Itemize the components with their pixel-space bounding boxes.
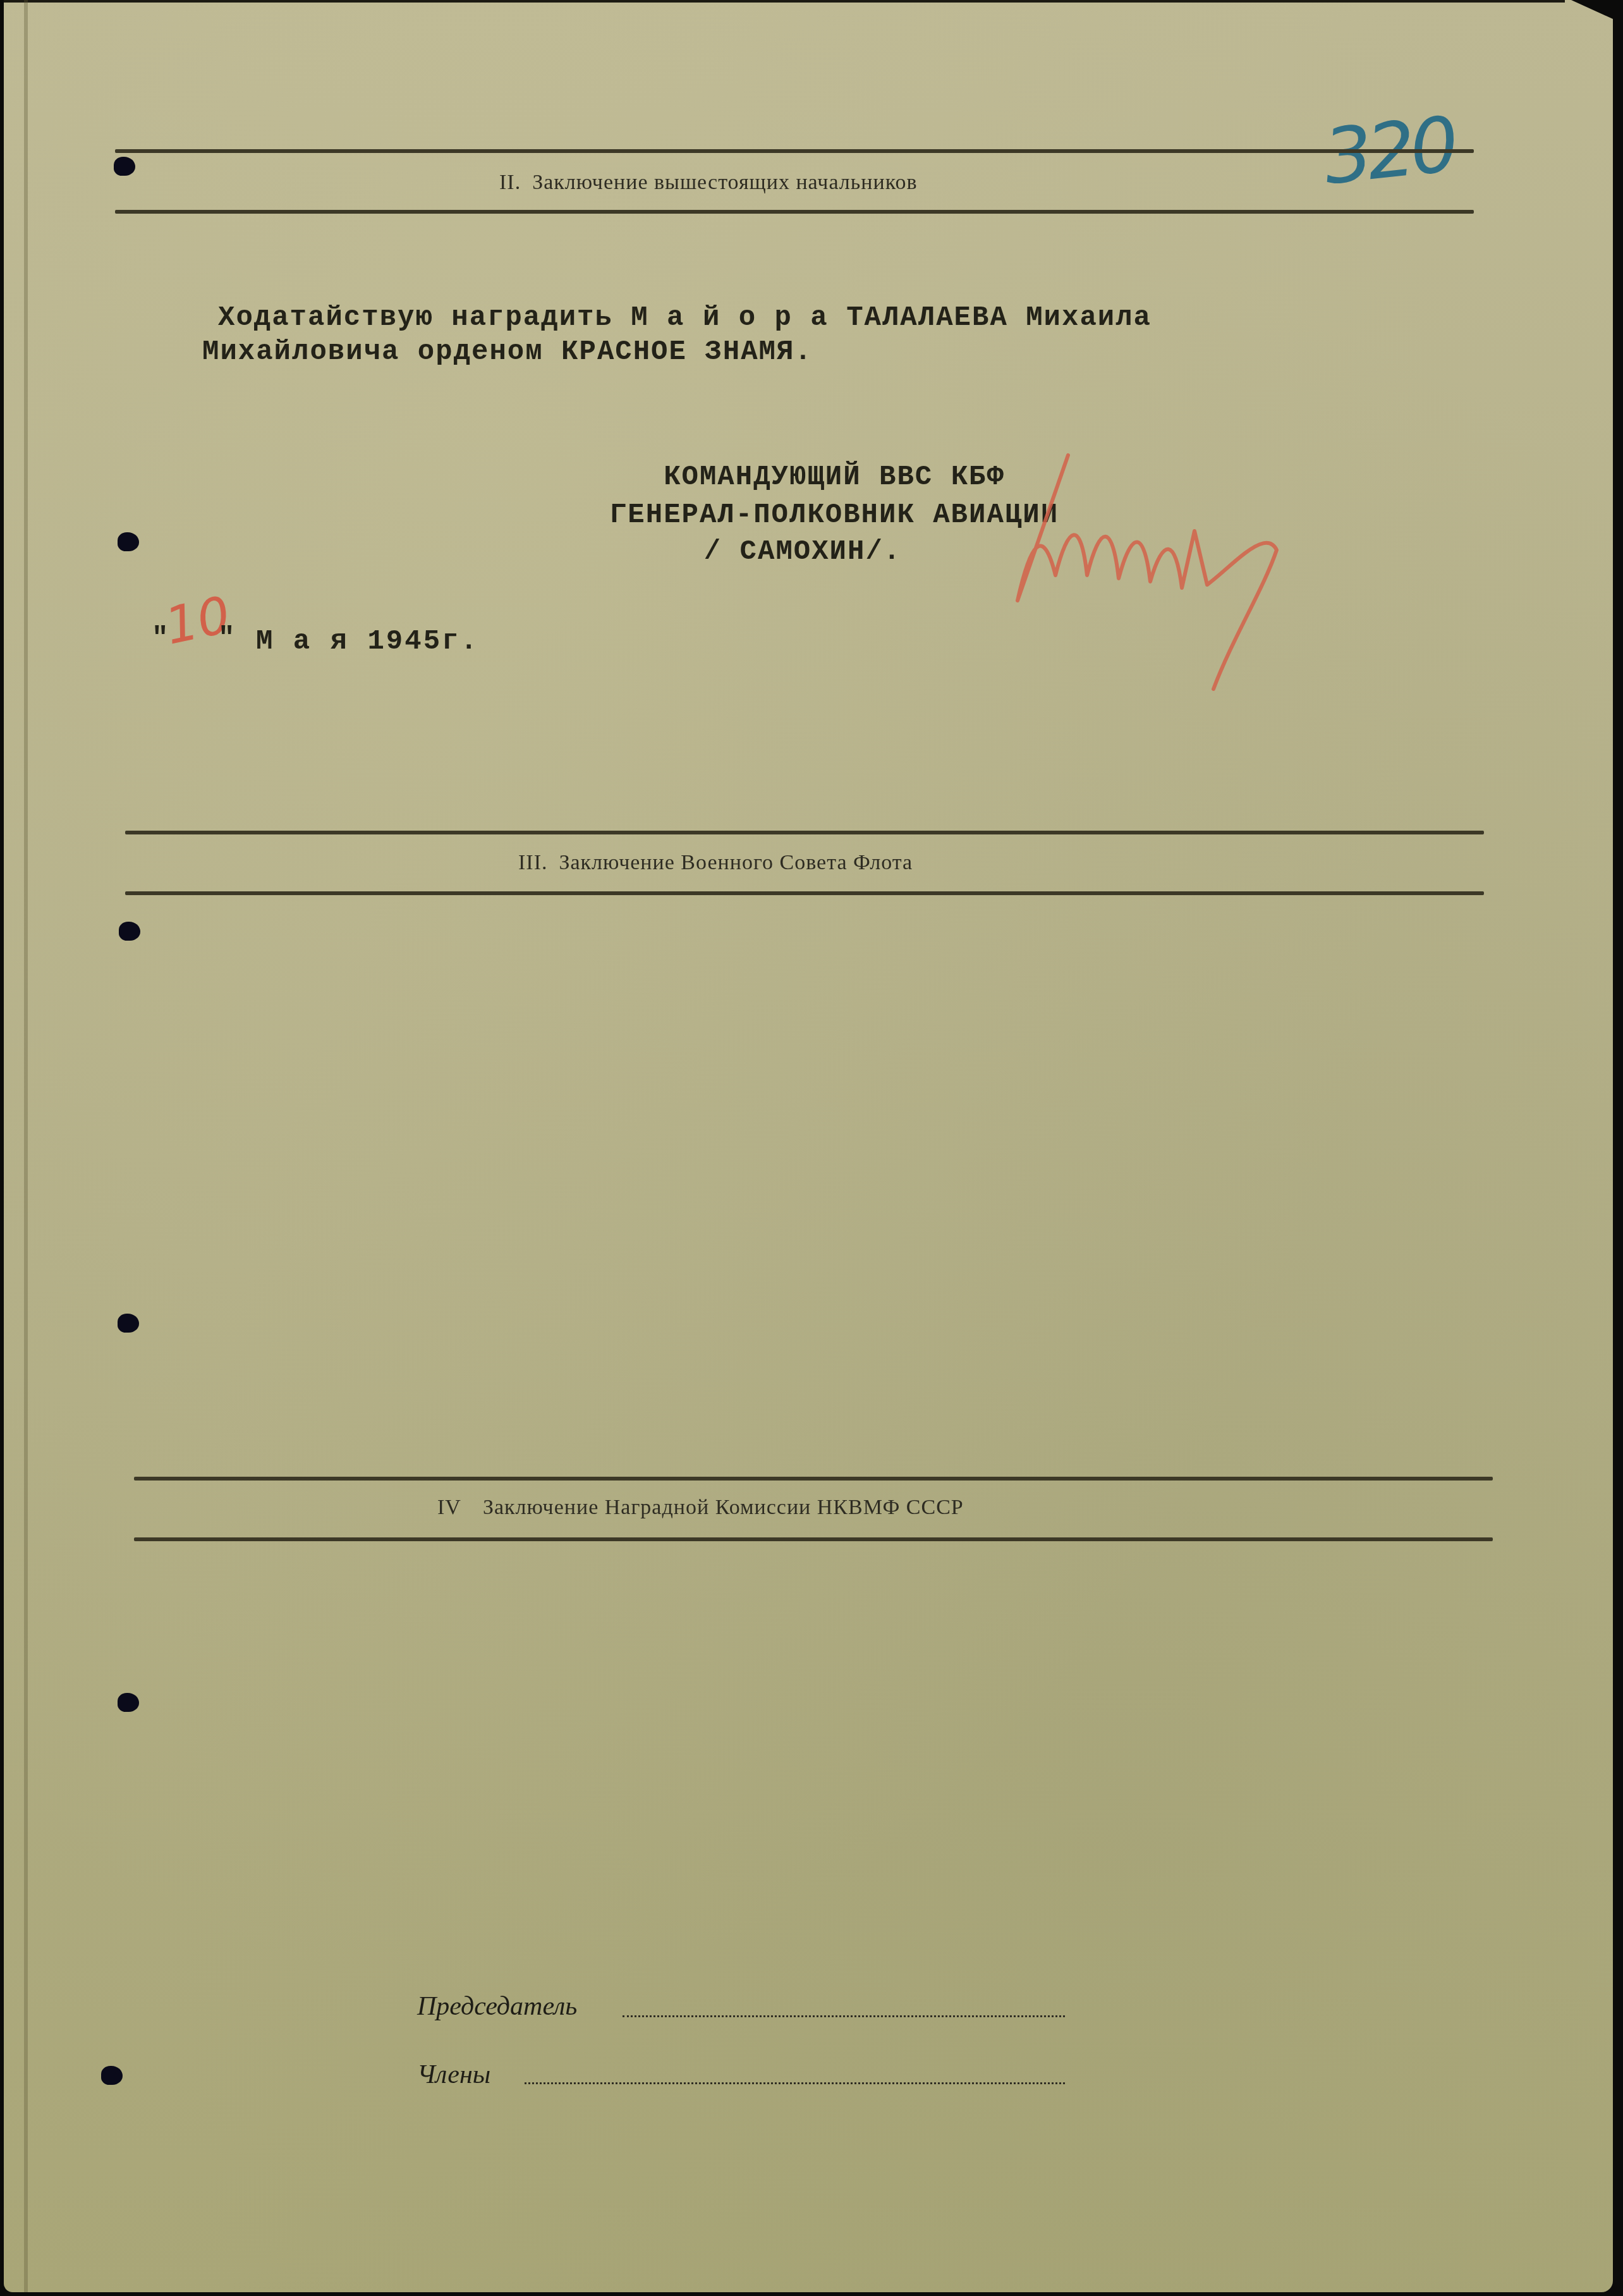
section-iii-title-text: Заключение Военного Совета Флота xyxy=(559,851,913,874)
page-top-edge xyxy=(4,0,1565,3)
punch-hole-icon xyxy=(119,922,140,941)
punch-hole-icon xyxy=(118,1314,139,1333)
recommendation-line-1: Ходатайствую наградить М а й о р а ТАЛАЛ… xyxy=(218,302,1152,334)
section-ii-title-text: Заключение вышестоящих начальников xyxy=(532,171,917,194)
section-iv-title: IVЗаключение Наградной Комиссии НКВМФ СС… xyxy=(437,1496,964,1520)
members-signature-line[interactable] xyxy=(525,2082,1065,2084)
signatory-name: / САМОХИН/. xyxy=(645,536,961,568)
section-iii-top-rule xyxy=(125,831,1484,834)
section-ii-title: II.Заключение вышестоящих начальников xyxy=(499,171,918,195)
section-iii-title: III.Заключение Военного Совета Флота xyxy=(518,851,913,875)
section-ii-roman: II. xyxy=(499,171,521,194)
punch-hole-icon xyxy=(118,532,139,551)
date-month-year: М а я 1945г. xyxy=(256,626,479,657)
punch-hole-icon xyxy=(118,1693,139,1712)
section-iii-roman: III. xyxy=(518,851,547,874)
red-signature-icon xyxy=(980,449,1334,695)
section-ii-bottom-rule xyxy=(115,210,1474,214)
section-iv-bottom-rule xyxy=(134,1537,1493,1541)
punch-hole-icon xyxy=(114,157,135,176)
recommendation-line-2: Михайловича орденом КРАСНОЕ ЗНАМЯ. xyxy=(202,336,813,368)
section-iv-roman: IV xyxy=(437,1496,461,1519)
chairman-signature-line[interactable] xyxy=(623,2015,1065,2017)
section-iv-title-text: Заключение Наградной Комиссии НКВМФ СССР xyxy=(483,1496,964,1519)
page-fold-line xyxy=(24,0,28,2292)
members-label: Члены xyxy=(417,2060,490,2090)
punch-hole-icon xyxy=(101,2066,123,2085)
date-close-quote: " xyxy=(218,623,236,654)
signatory-title-line-1: КОМАНДУЮЩИЙ ВВС КБФ xyxy=(632,461,1036,493)
chairman-label: Председатель xyxy=(417,1991,577,2022)
section-iv-top-rule xyxy=(134,1477,1493,1481)
section-ii-top-rule xyxy=(115,149,1474,153)
section-iii-bottom-rule xyxy=(125,891,1484,895)
